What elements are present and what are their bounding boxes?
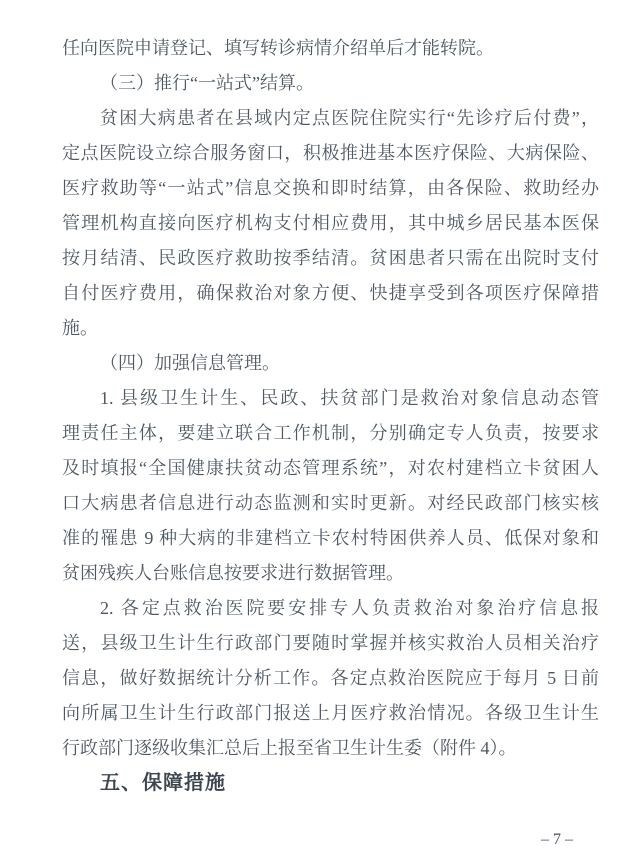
- document-page: 任向医院申请登记、填写转诊病情介绍单后才能转院。 （三）推行“一站式”结算。 贫…: [0, 0, 633, 866]
- text-line: 定点医院设立综合服务窗口，积极推进基本医疗保险、大病保险、: [62, 136, 599, 171]
- text-line: 管理机构直接向医疗机构支付相应费用，其中城乡居民基本医保: [62, 206, 599, 241]
- text-line: 及时填报“全国健康扶贫动态管理系统”，对农村建档立卡贫困人: [62, 451, 599, 486]
- text-line: 2. 各定点救治医院要安排专人负责救治对象治疗信息报: [62, 591, 599, 626]
- text-line: 1. 县级卫生计生、民政、扶贫部门是救治对象信息动态管: [62, 381, 599, 416]
- text-line: 按月结清、民政医疗救助按季结清。贫困患者只需在出院时支付: [62, 241, 599, 276]
- text-line: 贫困大病患者在县域内定点医院住院实行“先诊疗后付费”，: [62, 101, 599, 136]
- text-line: 医疗救助等“一站式”信息交换和即时结算，由各保险、救助经办: [62, 171, 599, 206]
- text-line: 信息，做好数据统计分析工作。各定点救治医院应于每月 5 日前: [62, 661, 599, 696]
- text-line: 贫困残疾人台账信息按要求进行数据管理。: [62, 556, 599, 591]
- document-text-block: 任向医院申请登记、填写转诊病情介绍单后才能转院。 （三）推行“一站式”结算。 贫…: [62, 31, 599, 801]
- text-line: 自付医疗费用，确保救治对象方便、快捷享受到各项医疗保障措: [62, 276, 599, 311]
- text-line: 任向医院申请登记、填写转诊病情介绍单后才能转院。: [62, 31, 599, 66]
- text-line: 向所属卫生计生行政部门报送上月医疗救治情况。各级卫生计生: [62, 696, 599, 731]
- text-line: 行政部门逐级收集汇总后上报至省卫生计生委（附件 4）。: [62, 731, 599, 766]
- page-number: – 7 –: [527, 831, 587, 849]
- text-line: 送，县级卫生计生行政部门要随时掌握并核实救治人员相关治疗: [62, 626, 599, 661]
- text-line: 理责任主体，要建立联合工作机制，分别确定专人负责，按要求: [62, 416, 599, 451]
- text-line: 施。: [62, 311, 599, 346]
- text-line: （三）推行“一站式”结算。: [62, 66, 599, 101]
- text-line: （四）加强信息管理。: [62, 346, 599, 381]
- text-line: 口大病患者信息进行动态监测和实时更新。对经民政部门核实核: [62, 486, 599, 521]
- text-line: 准的罹患 9 种大病的非建档立卡农村特困供养人员、低保对象和: [62, 521, 599, 556]
- section-heading: 五、保障措施: [62, 766, 599, 801]
